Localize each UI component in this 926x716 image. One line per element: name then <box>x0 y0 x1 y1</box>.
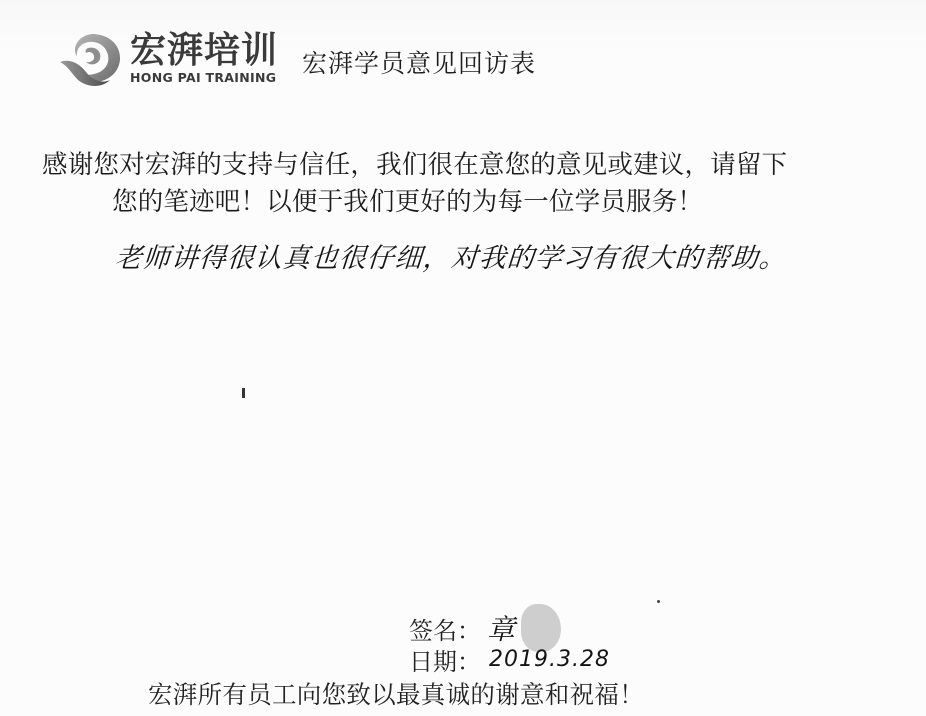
handwritten-feedback: 老师讲得很认真也很仔细，对我的学习有很大的帮助。 <box>114 236 789 275</box>
signature-label: 签名： <box>409 611 481 646</box>
form-title: 宏湃学员意见回访表 <box>302 44 536 80</box>
brand-name-en: HONG PAI TRAINING <box>130 72 278 85</box>
stray-pen-mark <box>242 388 245 398</box>
date-label: 日期： <box>409 642 481 677</box>
stray-ink-dot <box>657 600 660 603</box>
form-header: 宏湃培训 HONG PAI TRAINING <box>58 28 278 90</box>
scanned-feedback-form: 宏湃培训 HONG PAI TRAINING 宏湃学员意见回访表 感谢您对宏湃的… <box>0 0 926 716</box>
intro-text-line-2: 您的笔迹吧！以便于我们更好的为每一位学员服务！ <box>112 182 703 218</box>
date-value: 2019.3.28 <box>489 647 610 672</box>
date-row: 日期： 2019.3.28 <box>409 642 610 677</box>
closing-message: 宏湃所有员工向您致以最真诚的谢意和祝福！ <box>148 676 644 711</box>
brand-name-cn: 宏湃培训 <box>130 33 278 69</box>
brand-logo-text: 宏湃培训 HONG PAI TRAINING <box>130 33 278 85</box>
swirl-cloud-logo-icon <box>58 28 126 90</box>
intro-text-line-1: 感谢您对宏湃的支持与信任，我们很在意您的意见或建议，请留下 <box>42 145 787 181</box>
